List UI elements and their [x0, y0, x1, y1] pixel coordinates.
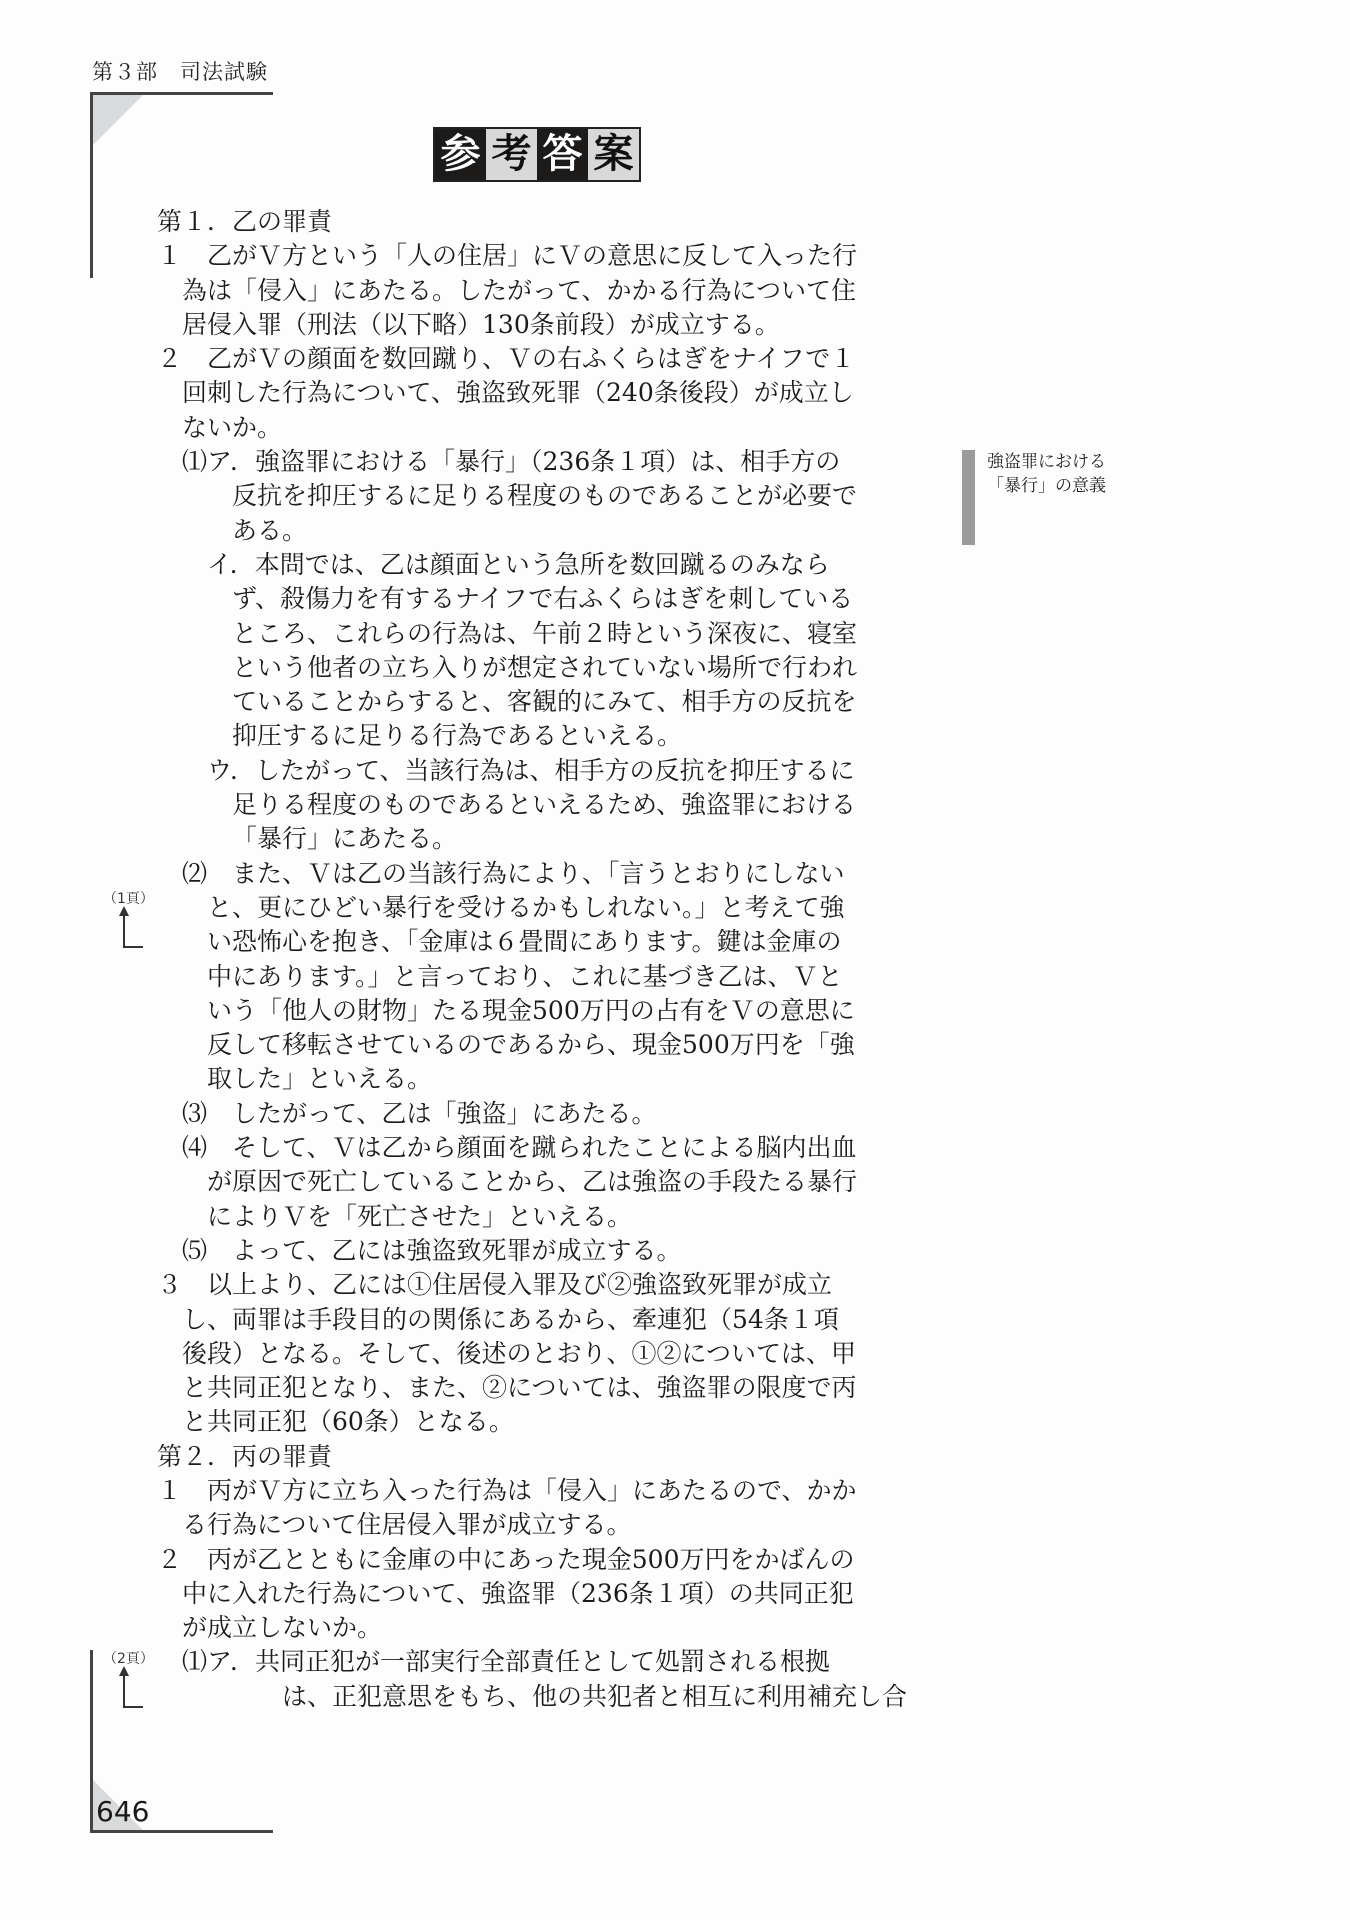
answer-body: 第１．乙の罪責１ 乙がＶ方という「人の住居」にＶの意思に反して入った行為は「侵入…	[157, 205, 927, 1714]
text-line: い恐怖心を抱き、「金庫は６畳間にあります。鍵は金庫の	[157, 925, 927, 959]
text-line: 回刺した行為について、強盗致死罪（240条後段）が成立し	[157, 376, 927, 410]
text-line: は、正犯意思をもち、他の共犯者と相互に利用補充し合	[157, 1680, 927, 1714]
text-line: ⑷ そして、Ｖは乙から顔面を蹴られたことによる脳内出血	[157, 1131, 927, 1165]
text-line: 抑圧するに足りる行為であるといえる。	[157, 719, 927, 753]
title-char: 答	[537, 129, 588, 180]
text-line: 居侵入罪（刑法（以下略）130条前段）が成立する。	[157, 308, 927, 342]
text-line: が成立しないか。	[157, 1611, 927, 1645]
text-line: ⑶ したがって、乙は「強盗」にあたる。	[157, 1097, 927, 1131]
text-line: いう「他人の財物」たる現金500万円の占有をＶの意思に	[157, 994, 927, 1028]
text-line: 中にあります。」と言っており、これに基づき乙は、Ｖと	[157, 960, 927, 994]
text-line: ⑵ また、Ｖは乙の当該行為により、「言うとおりにしない	[157, 857, 927, 891]
text-line: と、更にひどい暴行を受けるかもしれない。」と考えて強	[157, 891, 927, 925]
text-line: ないか。	[157, 411, 927, 445]
text-line: 反抗を抑圧するに足りる程度のものであることが必要で	[157, 479, 927, 513]
text-line: イ．本問では、乙は顔面という急所を数回蹴るのみなら	[157, 548, 927, 582]
text-line: １ 乙がＶ方という「人の住居」にＶの意思に反して入った行	[157, 239, 927, 273]
corner-triangle	[93, 95, 143, 145]
text-line: ウ．したがって、当該行為は、相手方の反抗を抑圧するに	[157, 754, 927, 788]
title-char: 考	[486, 129, 537, 180]
text-line: し、両罪は手段目的の関係にあるから、牽連犯（54条１項	[157, 1303, 927, 1337]
text-line: によりＶを「死亡させた」といえる。	[157, 1200, 927, 1234]
text-line: 足りる程度のものであるといえるため、強盗罪における	[157, 788, 927, 822]
text-line: ⑴ア．共同正犯が一部実行全部責任として処罰される根拠	[157, 1645, 927, 1679]
text-line: ２ 乙がＶの顔面を数回蹴り、Ｖの右ふくらはぎをナイフで１	[157, 342, 927, 376]
page-marker-label: （1頁）	[103, 888, 154, 908]
page-number: 646	[96, 1795, 149, 1828]
text-line: 取した」といえる。	[157, 1062, 927, 1096]
text-line: ⑴ア．強盗罪における「暴行」（236条１項）は、相手方の	[157, 445, 927, 479]
margin-note-line: 「暴行」の意義	[987, 474, 1106, 498]
text-line: 後段）となる。そして、後述のとおり、①②については、甲	[157, 1337, 927, 1371]
text-line: という他者の立ち入りが想定されていない場所で行われ	[157, 651, 927, 685]
running-head: 第３部 司法試験	[92, 56, 268, 86]
section-title-reference-answer: 参 考 答 案	[433, 127, 641, 182]
text-line: 反して移転させているのであるから、現金500万円を「強	[157, 1028, 927, 1062]
text-line: １ 丙がＶ方に立ち入った行為は「侵入」にあたるので、かか	[157, 1474, 927, 1508]
margin-note: 強盗罪における 「暴行」の意義	[962, 450, 1106, 545]
text-line: 第１．乙の罪責	[157, 205, 927, 239]
text-line: 為は「侵入」にあたる。したがって、かかる行為について住	[157, 274, 927, 308]
title-char: 参	[435, 129, 486, 180]
text-line: ていることからすると、客観的にみて、相手方の反抗を	[157, 685, 927, 719]
text-line: と共同正犯となり、また、②については、強盗罪の限度で丙	[157, 1371, 927, 1405]
text-line: 第２．丙の罪責	[157, 1440, 927, 1474]
text-line: が原因で死亡していることから、乙は強盗の手段たる暴行	[157, 1165, 927, 1199]
margin-note-line: 強盗罪における	[987, 450, 1106, 474]
text-line: ず、殺傷力を有するナイフで右ふくらはぎを刺している	[157, 582, 927, 616]
text-line: 中に入れた行為について、強盗罪（236条１項）の共同正犯	[157, 1577, 927, 1611]
text-line: ２ 丙が乙とともに金庫の中にあった現金500万円をかばんの	[157, 1543, 927, 1577]
text-line: と共同正犯（60条）となる。	[157, 1405, 927, 1439]
text-line: る行為について住居侵入罪が成立する。	[157, 1508, 927, 1542]
text-line: 「暴行」にあたる。	[157, 822, 927, 856]
text-line: ３ 以上より、乙には①住居侵入罪及び②強盗致死罪が成立	[157, 1268, 927, 1302]
title-char: 案	[588, 129, 639, 180]
text-line: ある。	[157, 514, 927, 548]
page-marker-label: （2頁）	[103, 1648, 154, 1668]
text-line: ところ、これらの行為は、午前２時という深夜に、寝室	[157, 617, 927, 651]
text-line: ⑸ よって、乙には強盗致死罪が成立する。	[157, 1234, 927, 1268]
